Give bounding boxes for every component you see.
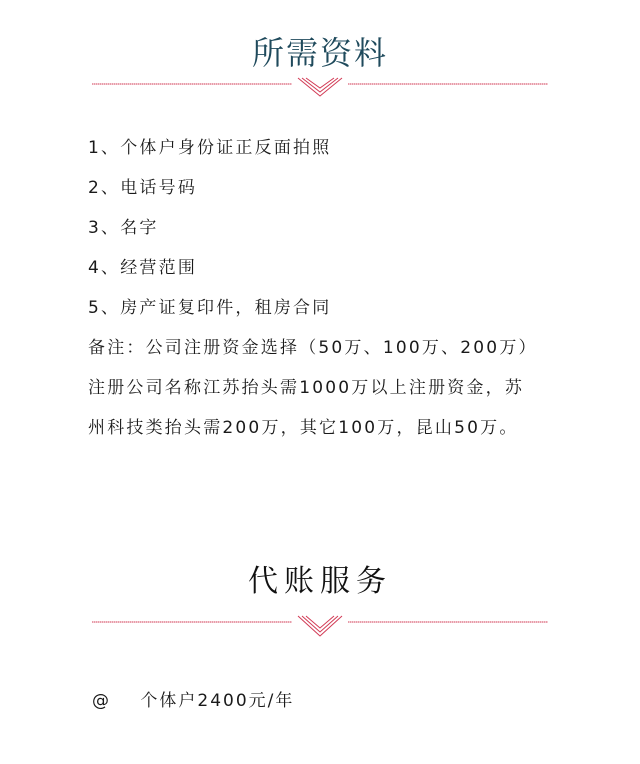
- service-price: 个体户2400元/年: [140, 691, 294, 711]
- chevron-divider-icon: [92, 612, 548, 642]
- list-item: 1、个体户身份证正反面拍照: [88, 133, 331, 158]
- section-title-required-materials: 所需资料: [0, 28, 640, 74]
- service-item: @ 个体户2400元/年: [92, 686, 294, 711]
- list-item: 5、房产证复印件，租房合同: [88, 293, 331, 318]
- section-title-bookkeeping-service: 代账服务: [0, 556, 640, 600]
- list-item: 2、电话号码: [88, 173, 197, 198]
- at-bullet-icon: @: [92, 691, 111, 711]
- chevron-divider-icon: [92, 72, 548, 102]
- list-item: 3、名字: [88, 213, 159, 238]
- list-item: 4、经营范围: [88, 253, 197, 278]
- note-line: 州科技类抬头需200万，其它100万，昆山50万。: [88, 413, 519, 438]
- note-line: 注册公司名称江苏抬头需1000万以上注册资金，苏: [88, 373, 524, 398]
- note-line: 备注：公司注册资金选择（50万、100万、200万）: [88, 333, 538, 358]
